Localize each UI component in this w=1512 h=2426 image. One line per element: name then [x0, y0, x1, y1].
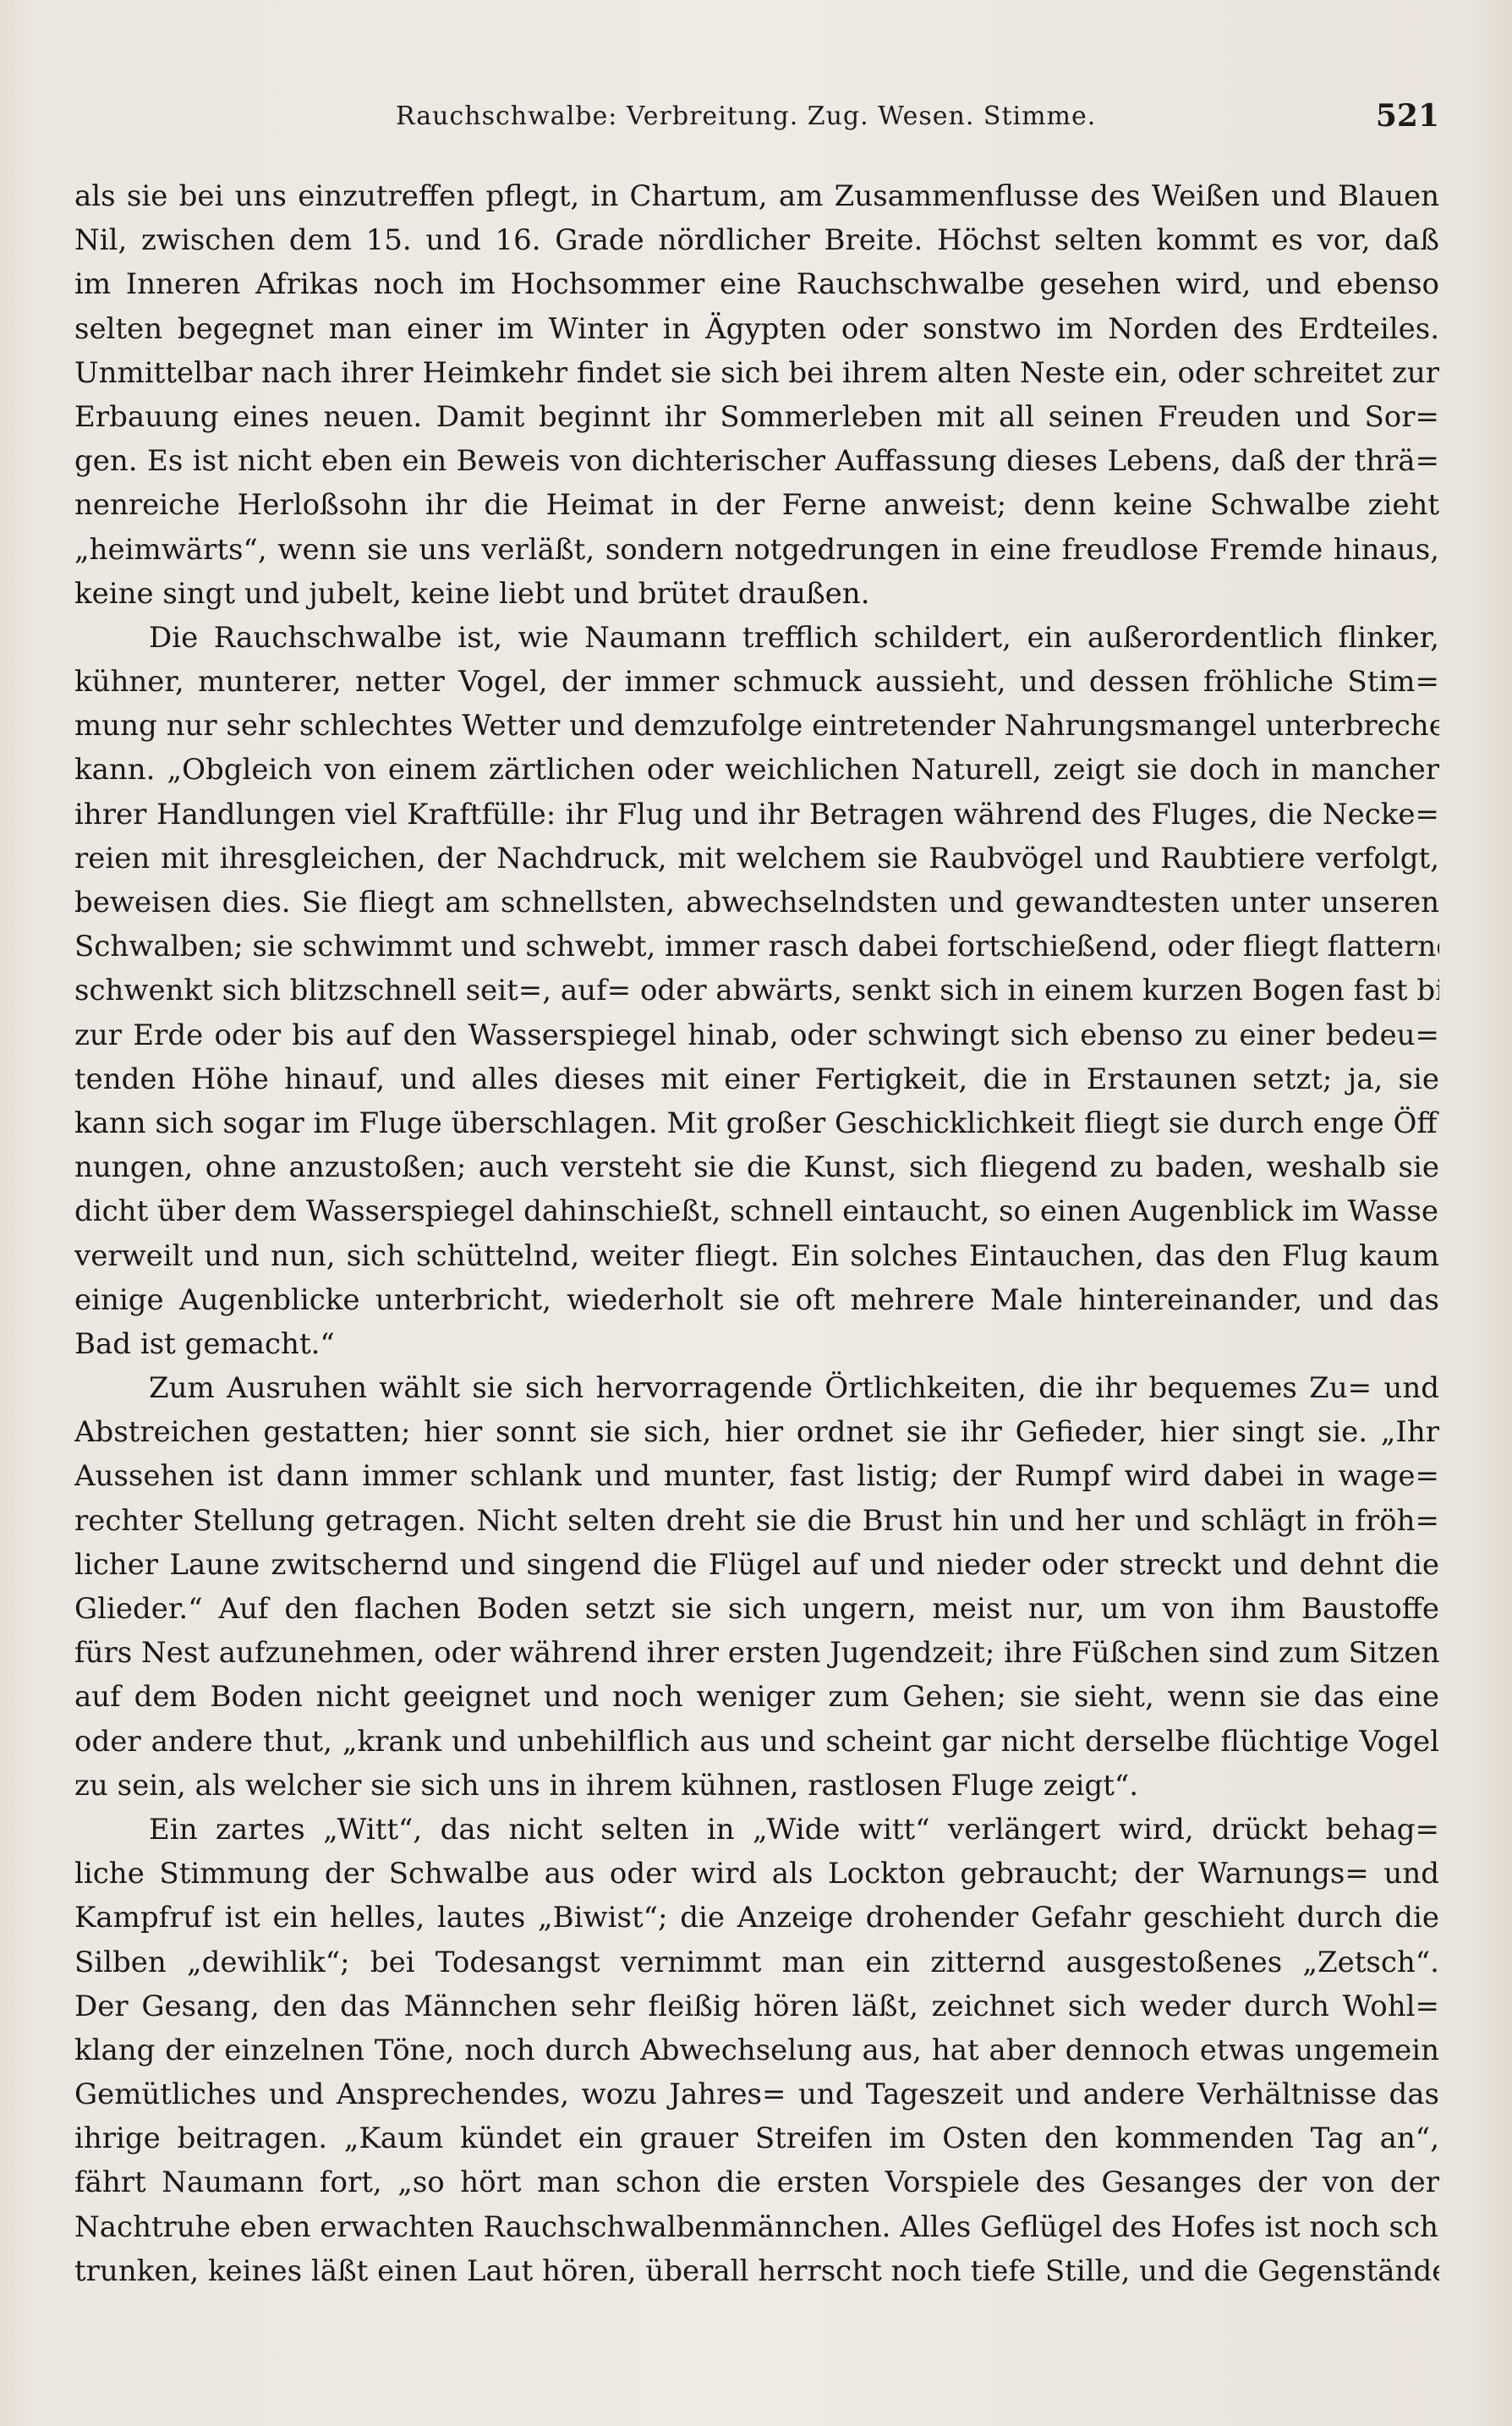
text-line: ihrige beitragen. „Kaum kündet ein graue… [74, 2116, 1439, 2160]
text-line: trunken, keines läßt einen Laut hören, ü… [74, 2249, 1439, 2293]
text-line: kann. „Obgleich von einem zärtlichen ode… [74, 748, 1439, 792]
text-line: „heimwärts“, wenn sie uns verläßt, sonde… [74, 528, 1439, 572]
text-line: tenden Höhe hinauf, und alles dieses mit… [74, 1057, 1439, 1101]
text-line: rechter Stellung getragen. Nicht selten … [74, 1499, 1439, 1543]
text-line: verweilt und nun, sich schüttelnd, weite… [74, 1234, 1439, 1278]
text-line: Gemütliches und Ansprechendes, wozu Jahr… [74, 2072, 1439, 2116]
text-line: als sie bei uns einzutreffen pflegt, in … [74, 174, 1439, 218]
text-line: nenreiche Herloßsohn ihr die Heimat in d… [74, 483, 1439, 527]
text-line: oder andere thut, „krank und unbehilflic… [74, 1720, 1439, 1764]
text-line: Die Rauchschwalbe ist, wie Naumann treff… [74, 616, 1439, 660]
text-line: Kampfruf ist ein helles, lautes „Biwist“… [74, 1896, 1439, 1940]
text-line: Aussehen ist dann immer schlank und munt… [74, 1454, 1439, 1498]
text-line: fährt Naumann fort, „so hört man schon d… [74, 2160, 1439, 2204]
text-line: Der Gesang, den das Männchen sehr fleißi… [74, 1984, 1439, 2028]
text-line: fürs Nest aufzunehmen, oder während ihre… [74, 1631, 1439, 1675]
text-line: Schwalben; sie schwimmt und schwebt, imm… [74, 925, 1439, 969]
text-line: im Inneren Afrikas noch im Hochsommer ei… [74, 262, 1439, 306]
text-line: liche Stimmung der Schwalbe aus oder wir… [74, 1852, 1439, 1896]
text-line: beweisen dies. Sie fliegt am schnellsten… [74, 881, 1439, 925]
text-line: schwenkt sich blitzschnell seit=, auf= o… [74, 969, 1439, 1013]
text-line: kühner, munterer, netter Vogel, der imme… [74, 660, 1439, 704]
paragraph: als sie bei uns einzutreffen pflegt, in … [74, 174, 1439, 616]
text-line: klang der einzelnen Töne, noch durch Abw… [74, 2028, 1439, 2072]
text-line: kann sich sogar im Fluge überschlagen. M… [74, 1101, 1439, 1145]
running-head-title: Rauchschwalbe: Verbreitung. Zug. Wesen. … [396, 102, 1096, 131]
text-line: gen. Es ist nicht eben ein Beweis von di… [74, 439, 1439, 483]
text-line: einige Augenblicke unterbricht, wiederho… [74, 1278, 1439, 1322]
text-line: dicht über dem Wasserspiegel dahinschieß… [74, 1189, 1439, 1233]
text-line: zu sein, als welcher sie sich uns in ihr… [74, 1764, 1439, 1808]
text-line: ihrer Handlungen viel Kraftfülle: ihr Fl… [74, 793, 1439, 837]
body-text: als sie bei uns einzutreffen pflegt, in … [74, 174, 1439, 2293]
paragraph: Die Rauchschwalbe ist, wie Naumann treff… [74, 616, 1439, 1366]
text-line: Ein zartes „Witt“, das nicht selten in „… [74, 1808, 1439, 1852]
text-line: Bad ist gemacht.“ [74, 1322, 1439, 1366]
text-line: Erbauung eines neuen. Damit beginnt ihr … [74, 395, 1439, 439]
text-line: Nil, zwischen dem 15. und 16. Grade nörd… [74, 218, 1439, 262]
text-line: zur Erde oder bis auf den Wasserspiegel … [74, 1013, 1439, 1057]
text-line: Zum Ausruhen wählt sie sich hervorragend… [74, 1366, 1439, 1410]
paragraph: Ein zartes „Witt“, das nicht selten in „… [74, 1808, 1439, 2293]
text-line: licher Laune zwitschernd und singend die… [74, 1543, 1439, 1587]
text-line: auf dem Boden nicht geeignet und noch we… [74, 1675, 1439, 1719]
page-number: 521 [1376, 98, 1439, 134]
text-line: selten begegnet man einer im Winter in Ä… [74, 307, 1439, 351]
text-line: Glieder.“ Auf den flachen Boden setzt si… [74, 1587, 1439, 1631]
text-line: mung nur sehr schlechtes Wetter und demz… [74, 704, 1439, 748]
book-page: Rauchschwalbe: Verbreitung. Zug. Wesen. … [0, 0, 1512, 2426]
text-line: keine singt und jubelt, keine liebt und … [74, 572, 1439, 616]
paragraph: Zum Ausruhen wählt sie sich hervorragend… [74, 1366, 1439, 1808]
text-line: Nachtruhe eben erwachten Rauchschwalbenm… [74, 2205, 1439, 2249]
running-head: Rauchschwalbe: Verbreitung. Zug. Wesen. … [74, 91, 1439, 142]
text-line: nungen, ohne anzustoßen; auch versteht s… [74, 1145, 1439, 1189]
text-line: reien mit ihresgleichen, der Nachdruck, … [74, 837, 1439, 881]
text-line: Silben „dewihlik“; bei Todesangst vernim… [74, 1940, 1439, 1984]
text-line: Unmittelbar nach ihrer Heimkehr findet s… [74, 351, 1439, 395]
text-line: Abstreichen gestatten; hier sonnt sie si… [74, 1410, 1439, 1454]
